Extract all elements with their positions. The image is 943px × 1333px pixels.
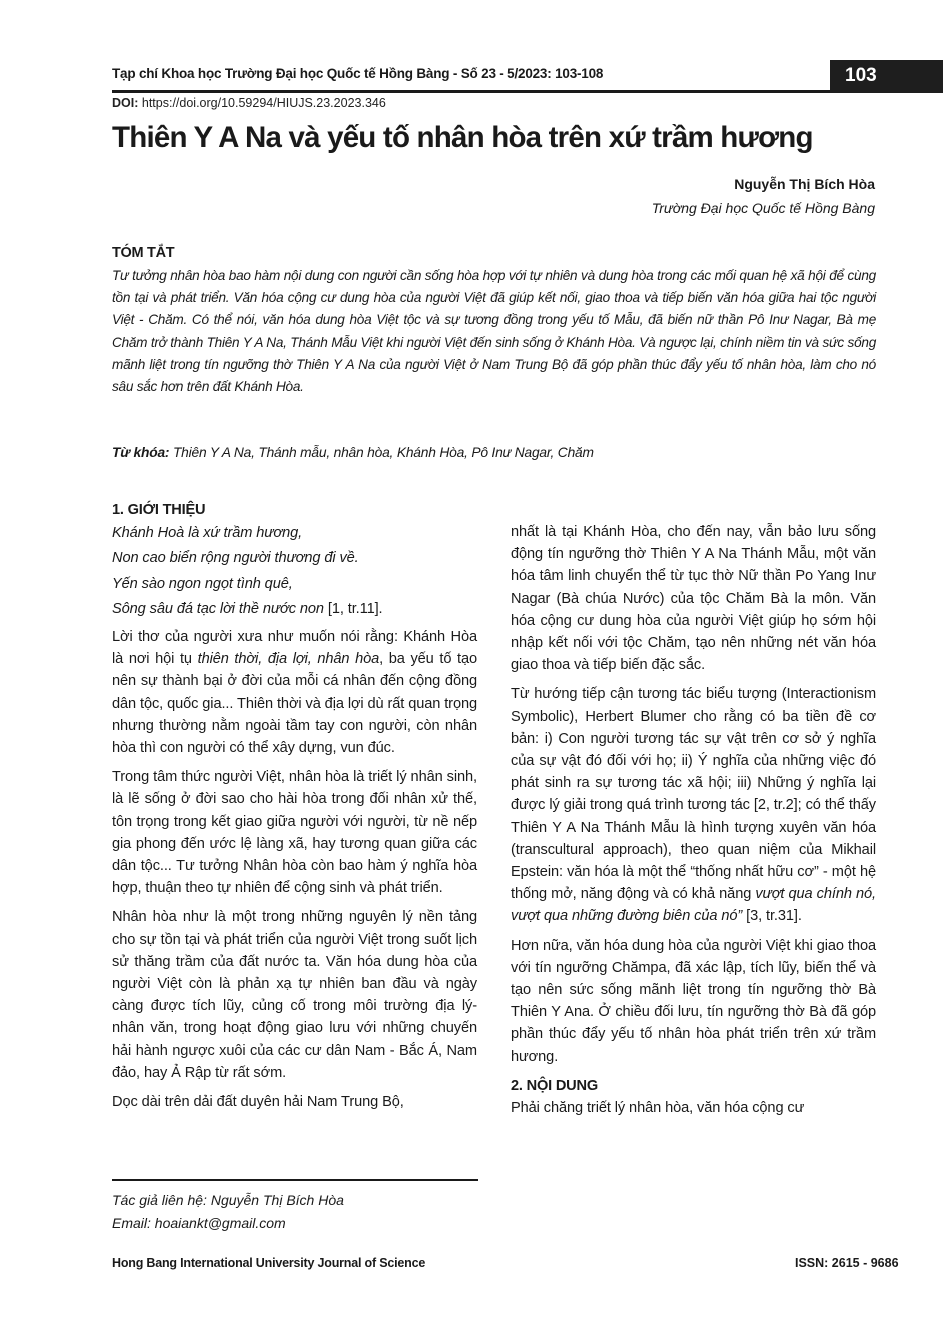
- corresponding-author: Tác giả liên hệ: Nguyễn Thị Bích Hòa: [112, 1189, 344, 1212]
- section-heading-introduction: 1. GIỚI THIỆU: [112, 499, 477, 521]
- paragraph: nhất là tại Khánh Hòa, cho đến nay, vẫn …: [511, 521, 876, 676]
- right-column: nhất là tại Khánh Hòa, cho đến nay, vẫn …: [511, 521, 876, 1119]
- doi-label: DOI:: [112, 96, 138, 110]
- poem-citation: [1, tr.11].: [324, 601, 383, 617]
- author-email[interactable]: Email: hoaiankt@gmail.com: [112, 1212, 344, 1235]
- poem-line: Non cao biển rộng người thương đi về.: [112, 546, 477, 571]
- poem-line: Sông sâu đá tạc lời thề nước non [1, tr.…: [112, 597, 477, 622]
- author-affiliation: Trường Đại học Quốc tế Hồng Bàng: [652, 200, 875, 216]
- paragraph: Trong tâm thức người Việt, nhân hòa là t…: [112, 766, 477, 899]
- keywords-list: Thiên Y A Na, Thánh mẫu, nhân hòa, Khánh…: [173, 445, 594, 460]
- footnote-divider: [112, 1179, 478, 1181]
- poem-line: Khánh Hoà là xứ trầm hương,: [112, 521, 477, 546]
- paragraph: Nhân hòa như là một trong những nguyên l…: [112, 906, 477, 1084]
- abstract-text: Tư tưởng nhân hòa bao hàm nội dung con n…: [112, 265, 876, 398]
- poem-block: Khánh Hoà là xứ trầm hương, Non cao biển…: [112, 521, 477, 622]
- footer-issn: ISSN: 2615 - 9686: [795, 1256, 899, 1270]
- author-name: Nguyễn Thị Bích Hòa: [734, 176, 875, 192]
- keywords-label: Từ khóa:: [112, 445, 169, 460]
- footer-journal-name: Hong Bang International University Journ…: [112, 1256, 425, 1270]
- paragraph: Phải chăng triết lý nhân hòa, văn hóa cộ…: [511, 1097, 876, 1119]
- paragraph: Dọc dài trên dải đất duyên hải Nam Trung…: [112, 1091, 477, 1113]
- paragraph: Từ hướng tiếp cận tương tác biểu tượng (…: [511, 683, 876, 927]
- doi-line: DOI: https://doi.org/10.59294/HIUJS.23.2…: [112, 96, 386, 110]
- poem-line: Yến sào ngon ngọt tình quê,: [112, 572, 477, 597]
- doi-link[interactable]: https://doi.org/10.59294/HIUJS.23.2023.3…: [142, 96, 386, 110]
- keywords-line: Từ khóa: Thiên Y A Na, Thánh mẫu, nhân h…: [112, 445, 876, 460]
- abstract-heading: TÓM TẮT: [112, 245, 174, 261]
- footnote: Tác giả liên hệ: Nguyễn Thị Bích Hòa Ema…: [112, 1189, 344, 1234]
- journal-header: Tạp chí Khoa học Trường Đại học Quốc tế …: [112, 66, 603, 81]
- section-heading-content: 2. NỘI DUNG: [511, 1075, 876, 1097]
- paper-title: Thiên Y A Na và yếu tố nhân hòa trên xứ …: [112, 121, 813, 155]
- header-divider: [112, 90, 830, 93]
- paragraph: Hơn nữa, văn hóa dung hòa của người Việt…: [511, 935, 876, 1068]
- left-column: 1. GIỚI THIỆU Khánh Hoà là xứ trầm hương…: [112, 499, 477, 1113]
- paragraph: Lời thơ của người xưa như muốn nói rằng:…: [112, 626, 477, 759]
- page-number-badge: 103: [830, 60, 943, 93]
